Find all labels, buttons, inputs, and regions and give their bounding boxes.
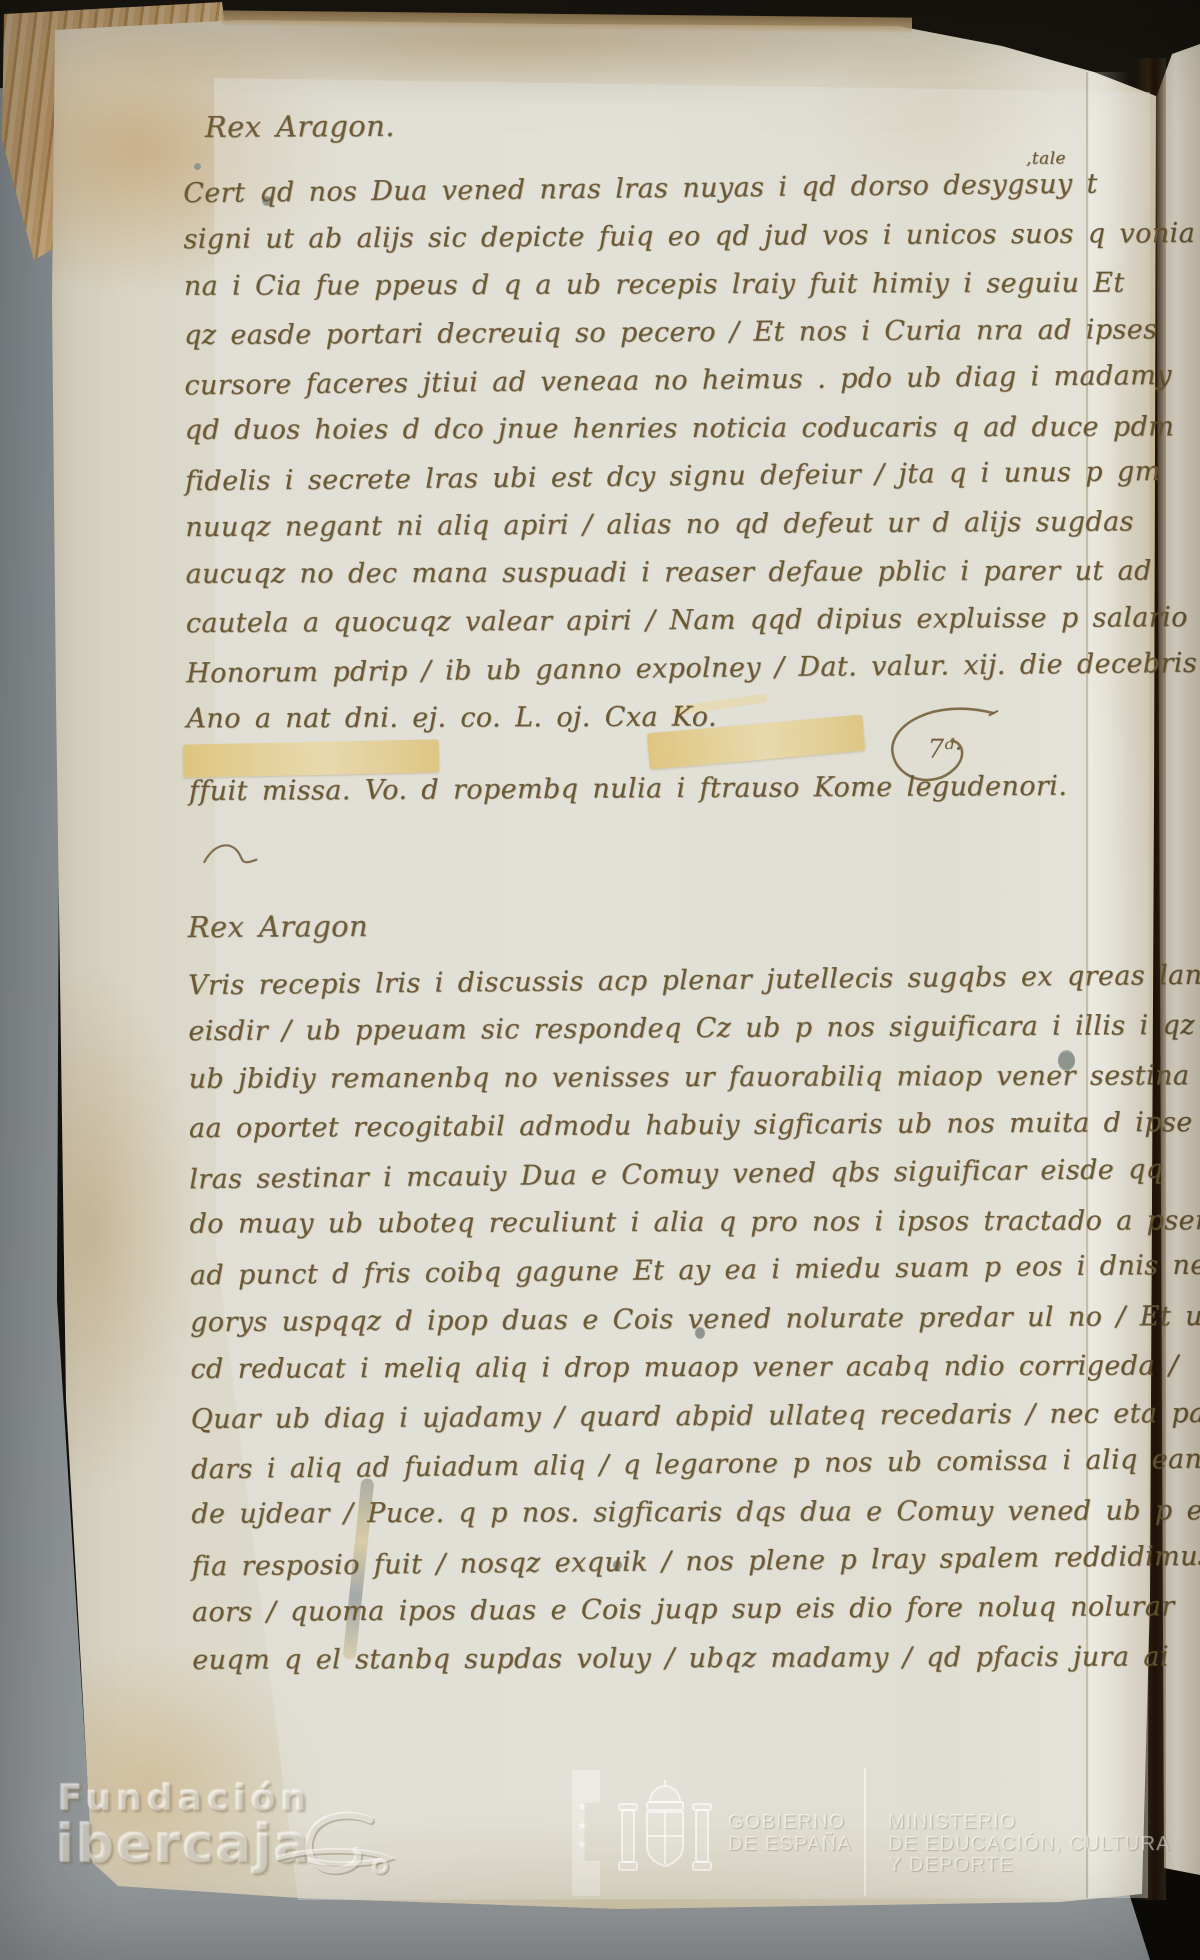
manuscript-line: de ujdear / Puce. q p nos. sigficaris dq… [191, 1495, 1200, 1531]
manuscript-line: gorys uspqqz d ipop duas e Cois vened no… [190, 1301, 1200, 1340]
ministerio-line1: MINISTERIO [888, 1812, 1171, 1834]
manuscript-line: aa oportet recogitabil admodu habuiy sig… [189, 1107, 1193, 1146]
manuscript-line: fia resposio fuit / nosqz exquik / nos p… [191, 1540, 1200, 1584]
interlinear-insertion: ,tale [1026, 149, 1066, 170]
ibercaja-logo-icon [270, 1808, 400, 1893]
manuscript-line: qz easde portari decreuiq so pecero / Et… [184, 314, 1157, 352]
manuscript-line: signi ut ab alijs sic depicte fuiq eo qd… [183, 218, 1195, 257]
manuscript-line: Ano a nat dni. ej. co. L. oj. Cxa Ko. [186, 702, 717, 736]
manuscript-line: dars i aliq ad fuiadum aliq / q legarone… [191, 1444, 1200, 1487]
logo-divider [864, 1768, 866, 1896]
manuscript-line: cursore faceres jtiui ad veneaa no heimu… [184, 360, 1172, 403]
manuscript-line: euqm q el stanbq supdas voluy / ubqz mad… [192, 1641, 1169, 1677]
star-icon: ★ [577, 1838, 587, 1851]
manuscript-line: na i Cia fue ppeus d q a ub recepis lrai… [184, 268, 1125, 304]
manuscript-line: qd duos hoies d dco jnue henries noticia… [185, 411, 1175, 447]
gobierno-line1: GOBIERNO [728, 1812, 852, 1834]
manuscript-line: ub jbidiy remanenbq no venisses ur fauor… [189, 1060, 1190, 1096]
star-icon: ★ [577, 1819, 587, 1832]
manuscript-line: aors / quoma ipos duas e Cois juqp sup e… [192, 1591, 1175, 1629]
manuscript-line: cautela a quocuqz valear apiri / Nam qqd… [186, 602, 1188, 641]
manuscript-line: eisdir / ub ppeuam sic respondeq Cz ub p… [188, 1010, 1200, 1049]
ministerio-line3: Y DEPORTE [888, 1855, 1171, 1877]
gobierno-watermark: GOBIERNO DE ESPAÑA [728, 1812, 852, 1855]
manuscript-line: Honorum pdrip / ib ub ganno expolney / D… [186, 648, 1197, 691]
registrar-note: ffuit missa. Vo. d ropembq nulia i ftrau… [189, 771, 1068, 809]
manuscript-line: do muay ub uboteq reculiunt i alia q pro… [190, 1205, 1200, 1241]
star-icon: ★ [577, 1800, 587, 1813]
spain-coat-of-arms-icon [616, 1780, 714, 1885]
paraph-glyph: 7ᵈ· [928, 734, 963, 764]
manuscript-line: fidelis i secrete lras ubi est dcy signu… [185, 456, 1161, 499]
ministerio-line2: DE EDUCACIÓN, CULTURA [888, 1834, 1171, 1856]
manuscript-line: Cert qd nos Dua vened nras lras nuyas i … [183, 169, 1098, 211]
manuscript-line: ad punct d fris coibq gagune Et ay ea i … [190, 1250, 1200, 1293]
manuscript-line: Quar ub diag i ujadamy / quard abpid ull… [191, 1397, 1200, 1436]
manuscript-photo: Rex Aragon. ,tale Cert qd nos Dua vened … [0, 0, 1200, 1960]
handwritten-text-layer: Rex Aragon. ,tale Cert qd nos Dua vened … [0, 0, 1200, 1960]
letter-block-2: Vris recepis lris i discussis acp plenar… [0, 0, 1199, 1]
ministerio-watermark: MINISTERIO DE EDUCACIÓN, CULTURA Y DEPOR… [888, 1812, 1171, 1877]
section-heading-1: Rex Aragon. [205, 109, 395, 145]
manuscript-line: Vris recepis lris i discussis acp plenar… [188, 960, 1200, 1003]
section-heading-2: Rex Aragon [188, 909, 369, 945]
gobierno-line2: DE ESPAÑA [728, 1834, 852, 1856]
manuscript-line: aucuqz no dec mana suspuadi i reaser def… [186, 555, 1152, 591]
manuscript-line: nuuqz negant ni aliq apiri / alias no qd… [185, 506, 1134, 544]
manuscript-line: cd reducat i meliq aliq i drop muaop ven… [190, 1351, 1178, 1387]
letter-block-1: Cert qd nos Dua vened nras lras nuyas i … [0, 0, 1199, 1]
margin-flourish [200, 836, 270, 876]
manuscript-line: lras sestinar i mcauiy Dua e Comuy vened… [189, 1154, 1164, 1197]
